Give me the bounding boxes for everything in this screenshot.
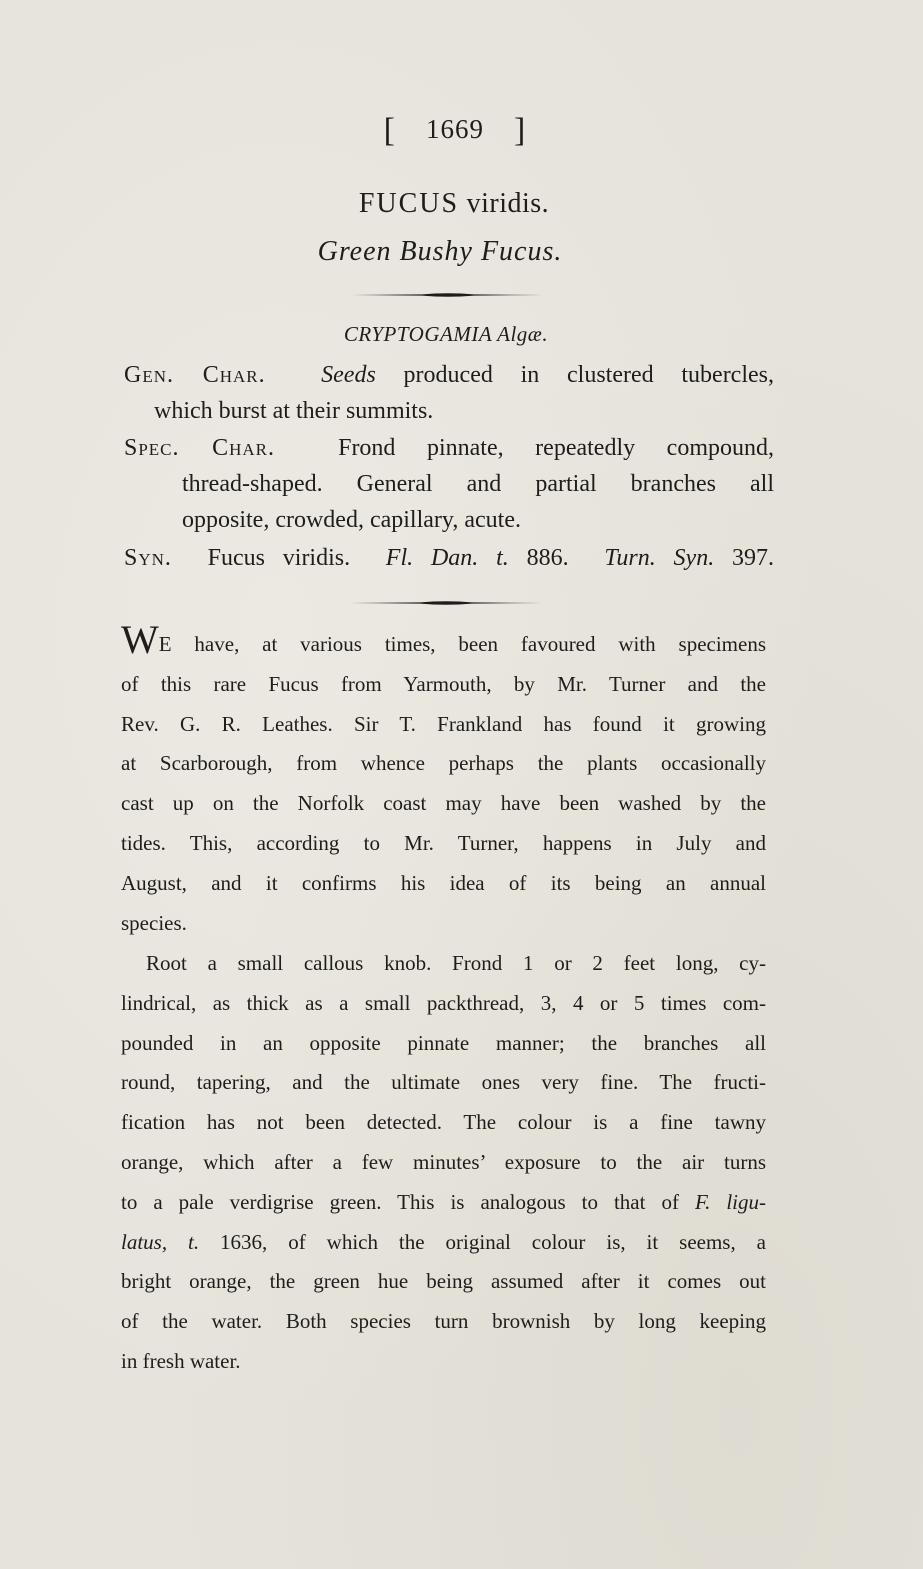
drop-cap-tail: E	[159, 632, 172, 656]
paragraph-line: in fresh water.	[121, 1342, 766, 1382]
synonymy: Syn. Fucus viridis. Fl. Dan. t. 886. Tur…	[124, 540, 774, 576]
left-bracket: [	[384, 112, 396, 150]
paragraph-line: bright orange, the green hue being assum…	[121, 1262, 766, 1302]
paragraph-line: latus, t. 1636, of which the original co…	[121, 1223, 766, 1263]
paragraph-line: tides. This, according to Mr. Turner, ha…	[121, 824, 766, 864]
spec-char-line-1: Frond pinnate, repeatedly compound,	[338, 435, 774, 461]
species-name: viridis.	[467, 188, 550, 219]
paragraph-1: WE have, at various times, been favoured…	[121, 625, 766, 943]
ornamental-rule-icon	[352, 292, 544, 298]
syn-ref-1: Fl. Dan. t.	[386, 545, 509, 571]
paragraph-line: cast up on the Norfolk coast may have be…	[121, 784, 766, 824]
drop-cap: W	[121, 617, 159, 662]
right-bracket: ]	[514, 112, 526, 150]
syn-label: Syn.	[124, 545, 172, 571]
common-name: Green Bushy Fucus.	[0, 236, 880, 268]
paragraph-line: species.	[121, 904, 766, 944]
specific-character: Spec. Char. Frond pinnate, repeatedly co…	[124, 430, 774, 538]
paragraph-line: of this rare Fucus from Yarmouth, by Mr.…	[121, 665, 766, 705]
gen-char-italic: Seeds	[321, 362, 376, 388]
syn-ref-2-num: 397.	[732, 545, 774, 571]
paragraph-line: fication has not been detected. The colo…	[121, 1103, 766, 1143]
paragraph-line: round, tapering, and the ultimate ones v…	[121, 1063, 766, 1103]
paragraph-line: pounded in an opposite pinnate manner; t…	[121, 1024, 766, 1064]
classification: CRYPTOGAMIA Algæ.	[0, 322, 892, 347]
paragraph-line: WE have, at various times, been favoured…	[121, 625, 766, 665]
syn-ref-1-num: 886.	[527, 545, 569, 571]
generic-character: Gen. Char. Seeds produced in clustered t…	[124, 357, 774, 429]
spec-char-line-2: thread-shaped. General and partial branc…	[124, 466, 774, 502]
paragraph-line: Rev. G. R. Leathes. Sir T. Frankland has…	[121, 705, 766, 745]
page-number: [1669]	[0, 112, 910, 150]
species-title: FUCUS viridis.	[0, 188, 908, 220]
paragraph-line: orange, which after a few minutes’ expos…	[121, 1143, 766, 1183]
gen-char-line-1: produced in clustered tubercles,	[404, 362, 774, 388]
genus-name: FUCUS	[359, 188, 459, 219]
spec-char-label: Spec. Char.	[124, 435, 275, 461]
page-number-value: 1669	[426, 114, 484, 144]
italic-species-ref: latus, t.	[121, 1230, 199, 1254]
paragraph-line: to a pale verdigrise green. This is anal…	[121, 1183, 766, 1223]
syn-name: Fucus viridis.	[208, 545, 351, 571]
italic-species-ref: F. ligu-	[695, 1190, 766, 1214]
paragraph-line: lindrical, as thick as a small packthrea…	[121, 984, 766, 1024]
gen-char-line-2: which burst at their summits.	[124, 393, 774, 429]
book-page: [1669] FUCUS viridis. Green Bushy Fucus.…	[0, 0, 923, 1569]
ornamental-rule-icon	[350, 600, 542, 606]
paragraph-line: Root a small callous knob. Frond 1 or 2 …	[121, 944, 766, 984]
paragraph-line: at Scarborough, from whence perhaps the …	[121, 744, 766, 784]
spec-char-line-3: opposite, crowded, capillary, acute.	[124, 502, 774, 538]
paragraph-line: of the water. Both species turn brownish…	[121, 1302, 766, 1342]
syn-ref-2: Turn. Syn.	[604, 545, 714, 571]
paragraph-line: August, and it confirms his idea of its …	[121, 864, 766, 904]
paragraph-2: Root a small callous knob. Frond 1 or 2 …	[121, 944, 766, 1382]
gen-char-label: Gen. Char.	[124, 362, 266, 388]
